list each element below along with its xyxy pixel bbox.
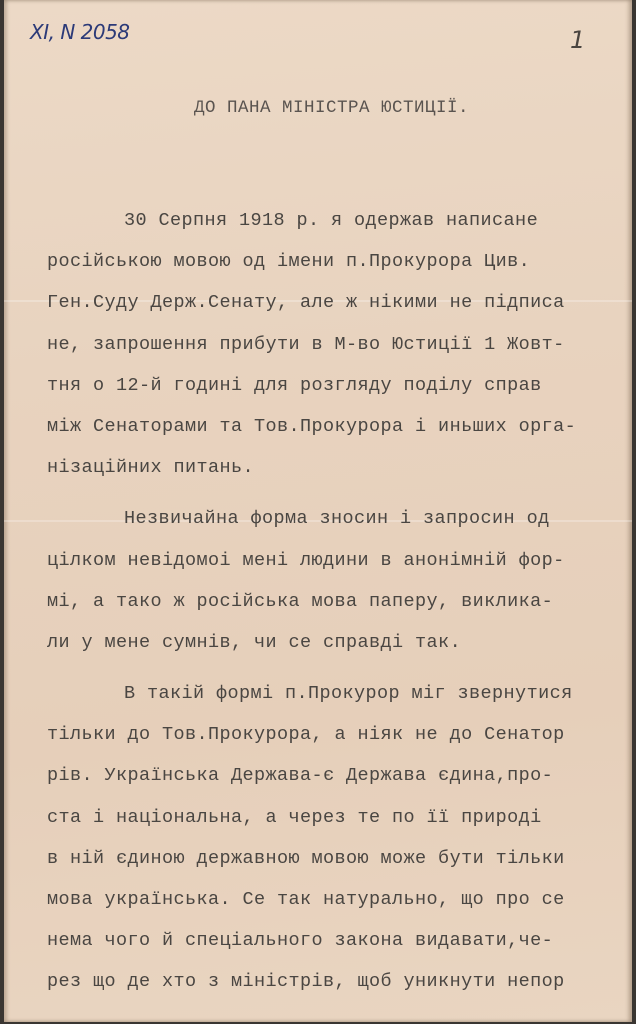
- text-line: нема чого й спеціального закона видавати…: [47, 920, 636, 961]
- text-line: Незвичайна форма зносин і запросин од: [47, 498, 636, 539]
- text-line: В такій формі п.Прокурор міг звернутися: [47, 673, 636, 714]
- text-line: між Сенаторами та Тов.Прокурора і иньших…: [47, 406, 636, 447]
- text-line: рез що де хто з міністрів, щоб уникнути …: [47, 961, 636, 1002]
- text-line: тільки до Тов.Прокурора, а ніяк не до Се…: [47, 714, 636, 755]
- text-line: в ній єдиною державною мовою може бути т…: [47, 838, 636, 879]
- text-line: ста і національна, а через те по її прир…: [47, 797, 636, 838]
- text-line: цілком невідомоі мені людини в анонімній…: [47, 540, 636, 581]
- text-line: рів. Українська Держава-є Держава єдина,…: [47, 755, 636, 796]
- archive-mark: XI, N 2058: [30, 20, 130, 44]
- text-line: російською мовою од імени п.Прокурора Ци…: [47, 241, 636, 282]
- text-line: мова українська. Се так натурально, що п…: [47, 879, 636, 920]
- page-number: 1: [570, 26, 585, 54]
- document-title: ДО ПАНА МІНІСТРА ЮСТИЦІЇ.: [194, 98, 469, 118]
- text-line: тня о 12-й годині для розгляду поділу сп…: [47, 365, 636, 406]
- text-line: Ген.Суду Держ.Сенату, але ж нікими не пі…: [47, 282, 636, 323]
- text-line: не, запрошення прибути в М-во Юстиції 1 …: [47, 324, 636, 365]
- text-line: мі, а тако ж російська мова паперу, викл…: [47, 581, 636, 622]
- text-line: 30 Серпня 1918 р. я одержав написане: [47, 200, 636, 241]
- text-line: нізаційних питань.: [47, 447, 636, 488]
- letter-body: 30 Серпня 1918 р. я одержав написанеросі…: [47, 200, 636, 1003]
- text-line: ли у мене сумнів, чи се справді так.: [47, 622, 636, 663]
